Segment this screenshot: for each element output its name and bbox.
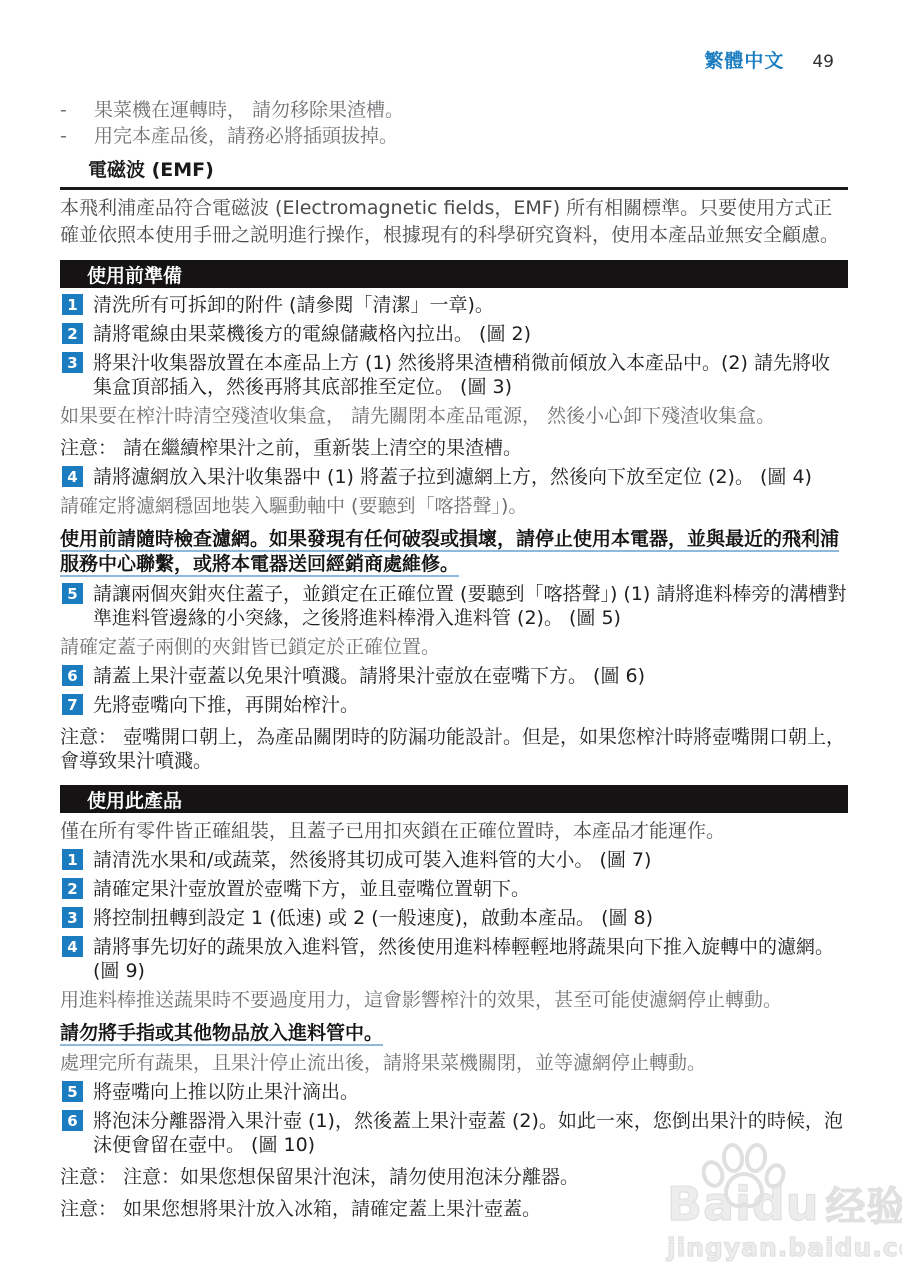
bullet-text: 用完本產品後，請務必將插頭拔掉。 <box>94 123 848 149</box>
step-item: 4 請將事先切好的蔬果放入進料管，然後使用進料棒輕輕地將蔬果向下推入旋轉中的濾網… <box>60 935 848 983</box>
step-text: 請確定果汁壺放置於壺嘴下方，並且壺嘴位置朝下。 <box>93 877 848 901</box>
section-banner-preparation: 使用前準備 <box>60 260 848 288</box>
step-item: 3 將控制扭轉到設定 1 (低速) 或 2 (一般速度)，啟動本產品。 (圖 8… <box>60 906 848 930</box>
gray-note: 用進料棒推送蔬果時不要過度用力，這會影響榨汁的效果，甚至可能使濾網停止轉動。 <box>60 988 848 1012</box>
step-text: 先將壺嘴向下推，再開始榨汁。 <box>93 693 848 717</box>
step-item: 1 清洗所有可拆卸的附件 (請參閱「清潔」一章)。 <box>60 293 848 317</box>
step-text: 請清洗水果和/或蔬菜，然後將其切成可裝入進料管的大小。 (圖 7) <box>93 848 848 872</box>
section-banner-usage: 使用此產品 <box>60 785 848 813</box>
step-item: 2 請將電線由果菜機後方的電線儲藏格內拉出。 (圖 2) <box>60 322 848 346</box>
step-item: 6 將泡沫分離器滑入果汁壺 (1)，然後蓋上果汁壺蓋 (2)。如此一來，您倒出果… <box>60 1109 848 1157</box>
step-number-badge: 7 <box>62 694 83 715</box>
step-text: 請將電線由果菜機後方的電線儲藏格內拉出。 (圖 2) <box>93 322 848 346</box>
step-text: 將果汁收集器放置在本產品上方 (1) 然後將果渣槽稍微前傾放入本產品中。(2) … <box>93 351 848 399</box>
step-number-badge: 2 <box>62 323 83 344</box>
page-header: 繁體中文 49 <box>60 46 848 73</box>
step-text: 將控制扭轉到設定 1 (低速) 或 2 (一般速度)，啟動本產品。 (圖 8) <box>93 906 848 930</box>
list-item: - 用完本產品後，請務必將插頭拔掉。 <box>60 123 848 149</box>
intro-bullet-list: - 果菜機在運轉時， 請勿移除果渣槽。 - 用完本產品後，請務必將插頭拔掉。 <box>60 97 848 149</box>
horizontal-rule <box>60 187 848 190</box>
gray-note: 請確定蓋子兩側的夾鉗皆已鎖定於正確位置。 <box>60 635 848 659</box>
step-item: 5 請讓兩個夾鉗夾住蓋子，並鎖定在正確位置 (要聽到「喀搭聲」) (1) 請將進… <box>60 582 848 630</box>
manual-page: 繁體中文 49 - 果菜機在運轉時， 請勿移除果渣槽。 - 用完本產品後，請務必… <box>0 0 902 1280</box>
language-label: 繁體中文 <box>704 46 784 73</box>
step-item: 3 將果汁收集器放置在本產品上方 (1) 然後將果渣槽稍微前傾放入本產品中。(2… <box>60 351 848 399</box>
caution-note: 注意： 請在繼續榨果汁之前，重新裝上清空的果渣槽。 <box>60 436 848 460</box>
step-text: 請將事先切好的蔬果放入進料管，然後使用進料棒輕輕地將蔬果向下推入旋轉中的濾網。 … <box>93 935 848 983</box>
step-number-badge: 2 <box>62 878 83 899</box>
step-text: 將壺嘴向上推以防止果汁滴出。 <box>93 1080 848 1104</box>
caution-note: 注意： 如果您想將果汁放入冰箱，請確定蓋上果汁壺蓋。 <box>60 1197 848 1221</box>
step-text: 請讓兩個夾鉗夾住蓋子，並鎖定在正確位置 (要聽到「喀搭聲」) (1) 請將進料棒… <box>93 582 848 630</box>
underlined-warning: 請勿將手指或其他物品放入進料管中。 <box>60 1021 840 1046</box>
step-item: 2 請確定果汁壺放置於壺嘴下方，並且壺嘴位置朝下。 <box>60 877 848 901</box>
list-item: - 果菜機在運轉時， 請勿移除果渣槽。 <box>60 97 848 123</box>
emf-paragraph: 本飛利浦產品符合電磁波 (Electromagnetic fields，EMF)… <box>60 195 848 248</box>
step-number-badge: 6 <box>62 1110 83 1131</box>
step-number-badge: 5 <box>62 583 83 604</box>
caution-note: 注意： 壺嘴開口朝上，為產品關閉時的防漏功能設計。但是，如果您榨汁時將壺嘴開口朝… <box>60 725 848 773</box>
step-number-badge: 5 <box>62 1081 83 1102</box>
step-item: 6 請蓋上果汁壺蓋以免果汁噴濺。請將果汁壺放在壺嘴下方。 (圖 6) <box>60 664 848 688</box>
step-text: 清洗所有可拆卸的附件 (請參閱「清潔」一章)。 <box>93 293 848 317</box>
dash-bullet-marker: - <box>60 123 94 149</box>
bullet-text: 果菜機在運轉時， 請勿移除果渣槽。 <box>94 97 848 123</box>
step-item: 5 將壺嘴向上推以防止果汁滴出。 <box>60 1080 848 1104</box>
gray-note: 處理完所有蔬果，且果汁停止流出後，請將果菜機關閉，並等濾網停止轉動。 <box>60 1051 848 1075</box>
step-number-badge: 3 <box>62 907 83 928</box>
step-number-badge: 4 <box>62 936 83 957</box>
step-number-badge: 4 <box>62 466 83 487</box>
step-number-badge: 1 <box>62 294 83 315</box>
emf-heading: 電磁波 (EMF) <box>60 157 848 183</box>
step-text: 請蓋上果汁壺蓋以免果汁噴濺。請將果汁壺放在壺嘴下方。 (圖 6) <box>93 664 848 688</box>
step-item: 7 先將壺嘴向下推，再開始榨汁。 <box>60 693 848 717</box>
dash-bullet-marker: - <box>60 97 94 123</box>
page-number: 49 <box>812 52 834 72</box>
step-number-badge: 1 <box>62 849 83 870</box>
step-item: 4 請將濾網放入果汁收集器中 (1) 將蓋子拉到濾網上方，然後向下放至定位 (2… <box>60 465 848 489</box>
underlined-warning: 使用前請隨時檢查濾網。如果發現有任何破裂或損壞，請停止使用本電器，並與最近的飛利… <box>60 527 840 577</box>
watermark-url: jingyan.baidu.com <box>667 1233 902 1262</box>
step-number-badge: 6 <box>62 665 83 686</box>
step-text: 請將濾網放入果汁收集器中 (1) 將蓋子拉到濾網上方，然後向下放至定位 (2)。… <box>93 465 848 489</box>
gray-note: 請確定將濾網穩固地裝入驅動軸中 (要聽到「喀搭聲」)。 <box>60 494 848 518</box>
gray-note: 如果要在榨汁時清空殘渣收集盒， 請先關閉本產品電源， 然後小心卸下殘渣收集盒。 <box>60 404 848 428</box>
caution-note: 注意： 注意：如果您想保留果汁泡沫，請勿使用泡沫分離器。 <box>60 1165 848 1189</box>
page-content: 繁體中文 49 - 果菜機在運轉時， 請勿移除果渣槽。 - 用完本產品後，請務必… <box>60 0 848 1221</box>
step-number-badge: 3 <box>62 352 83 373</box>
step-item: 1 請清洗水果和/或蔬菜，然後將其切成可裝入進料管的大小。 (圖 7) <box>60 848 848 872</box>
step-text: 將泡沫分離器滑入果汁壺 (1)，然後蓋上果汁壺蓋 (2)。如此一來，您倒出果汁的… <box>93 1109 848 1157</box>
section-intro-paragraph: 僅在所有零件皆正確組裝，且蓋子已用扣夾鎖在正確位置時，本產品才能運作。 <box>60 819 848 843</box>
